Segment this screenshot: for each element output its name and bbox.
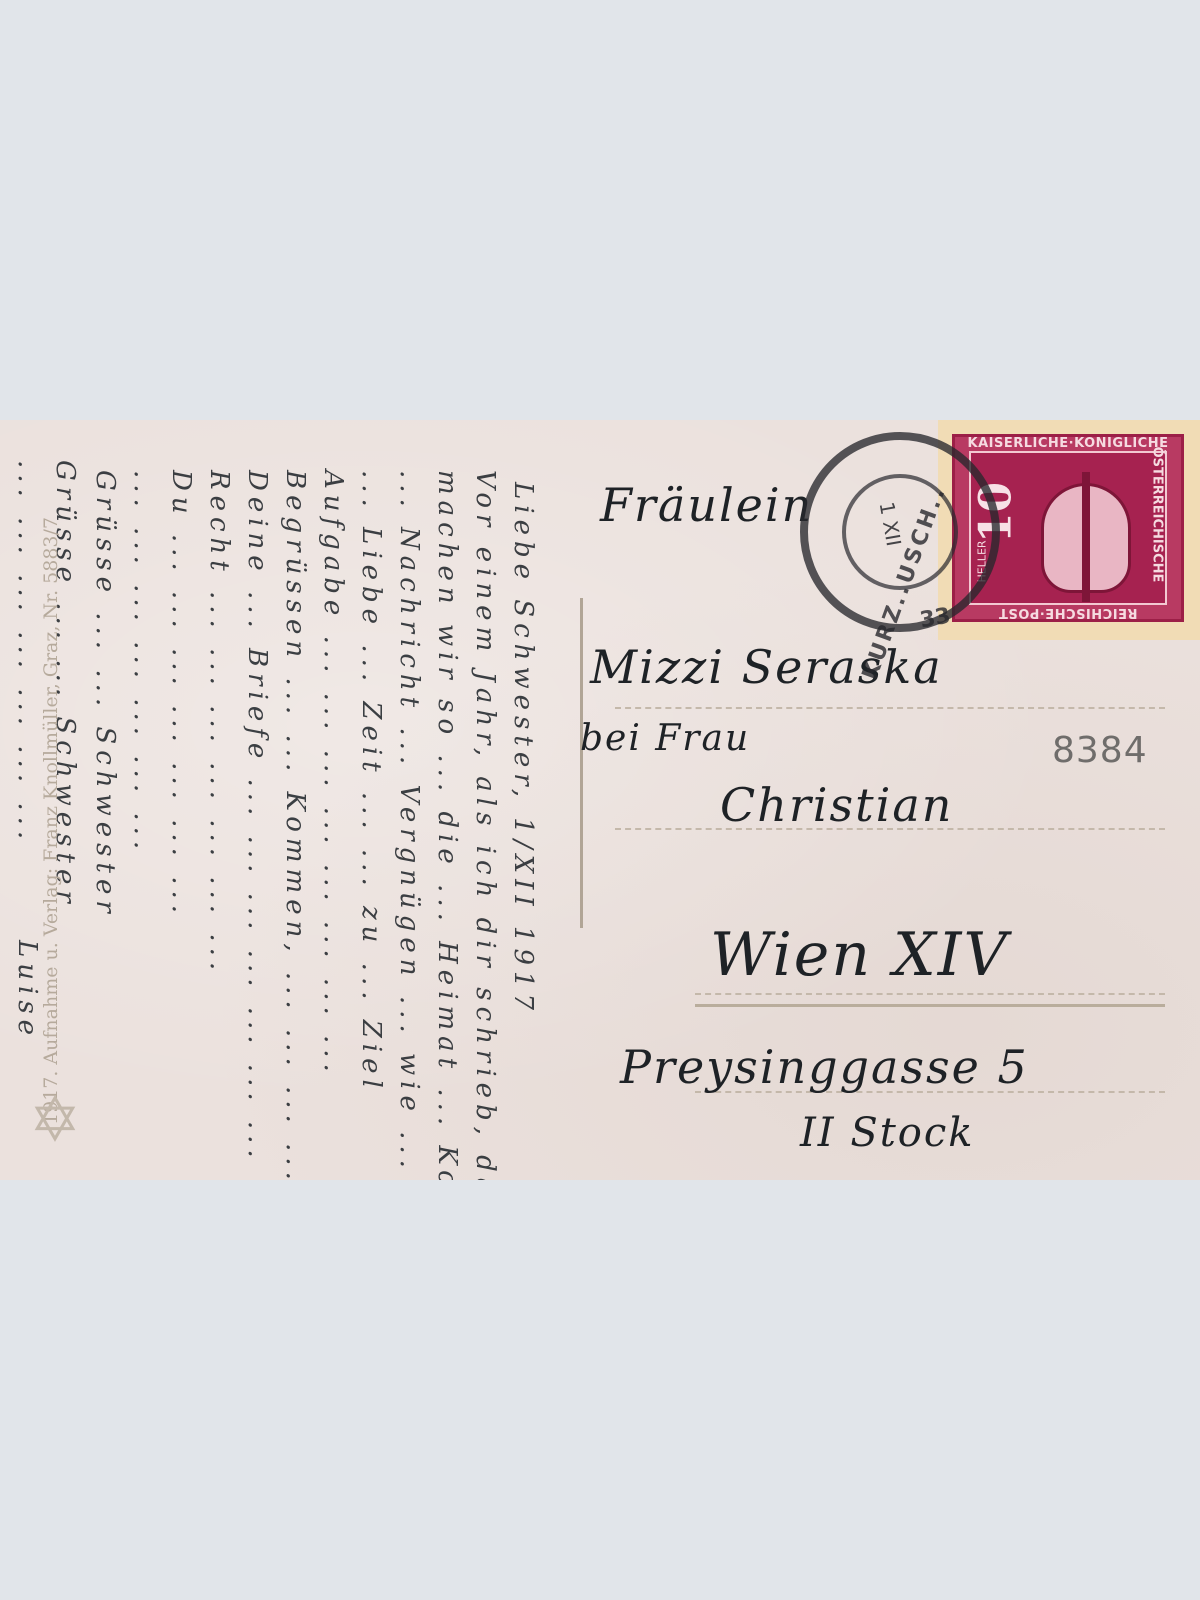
stamp-right-text: ÖSTERREICHISCHE	[1150, 447, 1165, 583]
address-floor: II Stock	[800, 1110, 975, 1156]
publisher-imprint: 1917. Aufnahme u. Verlag: Franz Knollmül…	[40, 517, 62, 1125]
message-signature: Luise	[12, 940, 42, 1041]
address-care-of: bei Frau	[580, 718, 750, 759]
message-line: Vor einem Jahr, als ich dir schrieb, das…	[470, 470, 500, 1180]
address-street: Preysinggasse 5	[620, 1040, 1029, 1094]
message-line: machen wir so ... die ... Heimat ... Kom…	[432, 470, 462, 1180]
address-city: Wien XIV	[710, 920, 1009, 990]
message-line: Begrüssen ... ... Kommen, ... ... ... ..…	[280, 470, 310, 1180]
address-salutation: Fräulein	[600, 478, 813, 532]
address-line-rule-solid	[695, 1004, 1165, 1007]
message-line: Grüsse ... ... Schwester	[90, 470, 120, 919]
address-care-of-name: Christian	[720, 778, 953, 832]
message-line: Du ... ... ... ... ... ... ...	[166, 470, 196, 919]
address-line-rule	[695, 993, 1165, 995]
message-line: ... ... ... ... ... ... ...	[12, 460, 42, 845]
address-line-rule	[615, 707, 1165, 709]
message-line: Liebe Schwester, 1/XII 1917	[508, 482, 538, 1016]
message-line: Recht ... ... ... ... ... ... ...	[204, 470, 234, 976]
crown-icon	[1041, 483, 1131, 593]
stamp-bottom-text: REICHISCHE·POST	[955, 605, 1181, 620]
pencil-annotation: 8384	[1052, 730, 1148, 771]
stamp-top-text: KAISERLICHE·KÖNIGLICHE	[955, 436, 1181, 451]
postmark: KURZ..USCH.. 1 XII 33	[800, 432, 1000, 632]
message-line: ... Liebe ... Zeit ... ... zu ... Ziel	[356, 470, 386, 1094]
card-divider	[580, 598, 583, 928]
postmark-number: 33	[918, 604, 953, 634]
message-line: ... ... ... ... ... ... ...	[128, 470, 158, 855]
message-line: ... Nachricht ... Vergnügen ... wie ... …	[394, 470, 424, 1180]
message-line: Aufgabe ... ... ... ... ... ... ... ...	[318, 470, 348, 1078]
message-area: Liebe Schwester, 1/XII 1917 Vor einem Ja…	[0, 420, 580, 1180]
message-line: Deine ... Briefe ... ... ... ... ... ...…	[242, 470, 272, 1164]
publisher-logo-icon: ✡	[20, 1085, 90, 1155]
